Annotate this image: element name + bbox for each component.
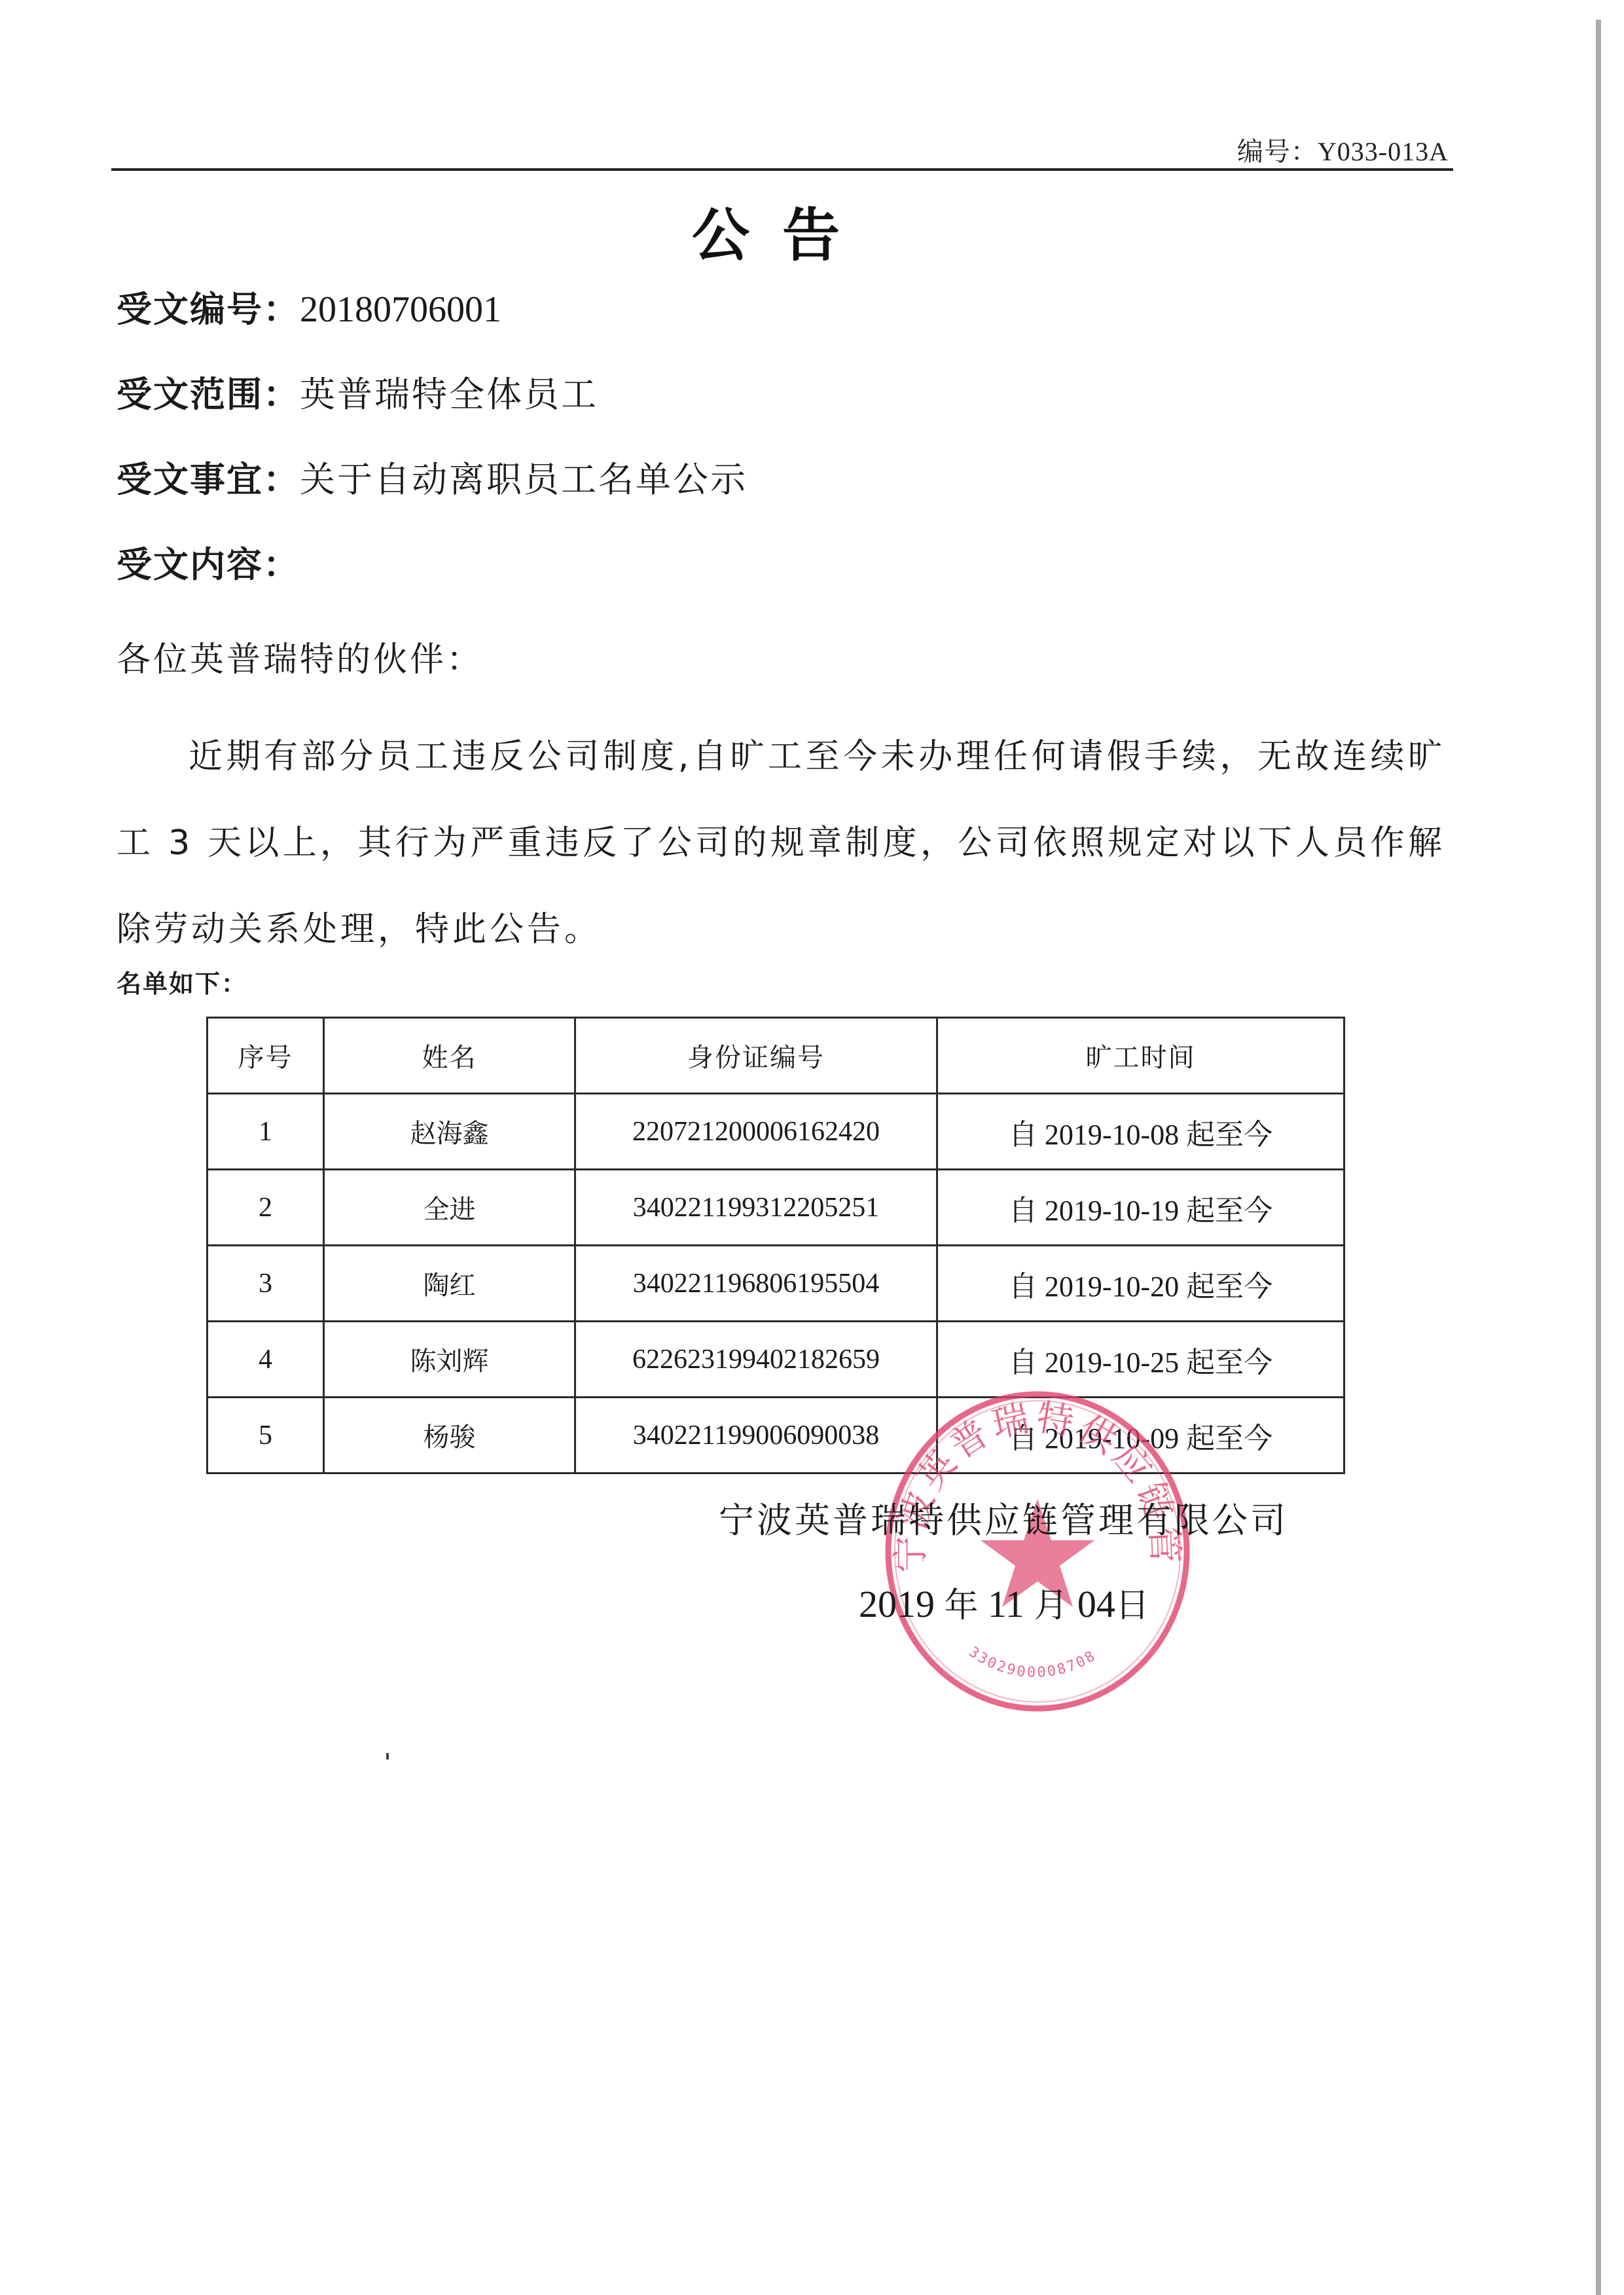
cell-absence-period: 自 2019-10-20 起至今 [937, 1246, 1344, 1322]
table-header-row: 序号 姓名 身份证编号 旷工时间 [208, 1018, 1344, 1094]
header-divider [111, 168, 1453, 171]
cell-absence-period: 自 2019-10-08 起至今 [937, 1094, 1344, 1170]
page-title: 公告 [0, 190, 1564, 272]
field-scope: 受文范围：英普瑞特全体员工 [117, 367, 598, 417]
field-value: 英普瑞特全体员工 [300, 374, 598, 415]
table-row: 1 赵海鑫 220721200006162420 自 2019-10-08 起至… [208, 1094, 1344, 1170]
field-value: 关于自动离职员工名单公示 [300, 459, 748, 500]
field-subject: 受文事宜：关于自动离职员工名单公示 [117, 452, 748, 502]
table-row: 3 陶红 340221196806195504 自 2019-10-20 起至今 [208, 1246, 1344, 1322]
date-month-unit: 月 [1034, 1586, 1068, 1625]
header-seq: 序号 [208, 1018, 324, 1094]
field-label: 受文编号： [117, 289, 300, 330]
signature-company: 宁波英普瑞特供应链管理有限公司 [719, 1492, 1288, 1543]
cell-seq: 3 [208, 1246, 324, 1322]
cell-seq: 5 [208, 1398, 324, 1473]
greeting: 各位英普瑞特的伙伴： [117, 632, 483, 681]
svg-text:3302900008708: 3302900008708 [965, 1644, 1099, 1681]
document-number: 编号：Y033-013A [1237, 131, 1449, 168]
cell-seq: 4 [208, 1322, 324, 1398]
date-day: 04 [1077, 1583, 1115, 1625]
field-content: 受文内容： [117, 537, 300, 587]
list-label: 名单如下： [117, 964, 247, 1000]
body-paragraph: 近期有部分员工违反公司制度,自旷工至今未办理任何请假手续，无故连续旷工 3 天以… [117, 714, 1445, 973]
date-year: 2019 [859, 1583, 935, 1625]
field-receipt-number: 受文编号：20180706001 [117, 281, 501, 332]
cell-seq: 1 [208, 1094, 324, 1170]
date-month: 11 [988, 1583, 1024, 1625]
document-number-value: Y033-013A [1318, 137, 1449, 166]
cell-absence-period: 自 2019-10-19 起至今 [937, 1170, 1344, 1246]
cell-id-number: 340221196806195504 [575, 1246, 937, 1322]
signature-date: 2019 年 11 月 04日 [859, 1578, 1149, 1627]
cell-seq: 2 [208, 1170, 324, 1246]
field-label: 受文范围： [117, 374, 300, 415]
cell-id-number: 340221199312205251 [575, 1170, 937, 1246]
document-number-label: 编号： [1237, 137, 1318, 166]
field-label: 受文内容： [117, 544, 300, 585]
cell-id-number: 220721200006162420 [575, 1094, 937, 1170]
scan-speck [386, 1753, 389, 1760]
table-row: 2 全进 340221199312205251 自 2019-10-19 起至今 [208, 1170, 1344, 1246]
header-id-number: 身份证编号 [575, 1018, 937, 1094]
seal-code-text: 3302900008708 [965, 1644, 1099, 1681]
field-value: 20180706001 [300, 289, 501, 330]
company-seal-icon: 宁波英普瑞特供应链管理有限公司 3302900008708 [877, 1384, 1198, 1718]
date-day-unit: 日 [1115, 1586, 1149, 1625]
date-year-unit: 年 [945, 1586, 979, 1625]
page-edge-shadow [1596, 20, 1601, 2295]
cell-name: 赵海鑫 [324, 1094, 575, 1170]
cell-name: 陈刘辉 [324, 1322, 575, 1398]
cell-name: 杨骏 [324, 1398, 575, 1473]
cell-name: 陶红 [324, 1246, 575, 1322]
header-absence-period: 旷工时间 [937, 1018, 1344, 1094]
header-name: 姓名 [324, 1018, 575, 1094]
cell-name: 全进 [324, 1170, 575, 1246]
field-label: 受文事宜： [117, 459, 300, 500]
